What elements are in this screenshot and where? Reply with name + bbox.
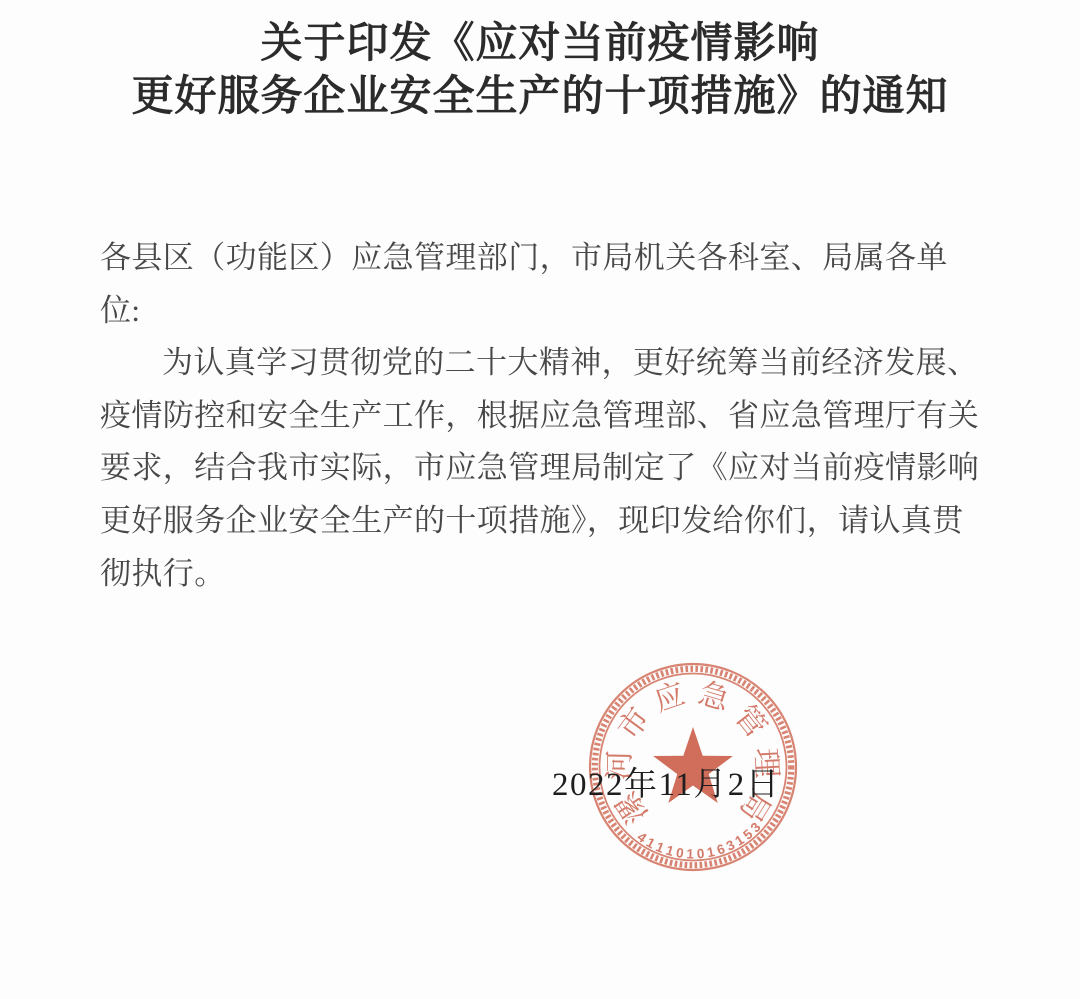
document-page: 关于印发《应对当前疫情影响 更好服务企业安全生产的十项措施》的通知 各县区（功能…	[0, 0, 1080, 999]
title-line-2: 更好服务企业安全生产的十项措施》的通知	[0, 71, 1080, 124]
svg-text:市: 市	[612, 702, 656, 746]
document-title: 关于印发《应对当前疫情影响 更好服务企业安全生产的十项措施》的通知	[0, 18, 1080, 124]
svg-text:1: 1	[686, 846, 694, 861]
svg-text:0: 0	[675, 845, 685, 861]
svg-text:1: 1	[664, 843, 676, 860]
body-line: 各县区（功能区）应急管理部门，市局机关各科室、局属各单	[100, 232, 960, 285]
title-line-1: 关于印发《应对当前疫情影响	[0, 18, 1080, 71]
svg-text:0: 0	[696, 846, 705, 862]
body-line: 为认真学习贯彻党的二十大精神，更好统筹当前经济发展、	[100, 337, 960, 390]
body-line: 位:	[100, 285, 960, 338]
svg-text:管: 管	[728, 700, 772, 744]
body-line: 更好服务企业安全生产的十项措施》，现印发给你们，请认真贯	[100, 495, 960, 548]
body-line: 疫情防控和安全生产工作，根据应急管理部、省应急管理厅有关	[100, 390, 960, 443]
body-line: 要求，结合我市实际，市应急管理局制定了《应对当前疫情影响	[100, 442, 960, 495]
document-body: 各县区（功能区）应急管理部门，市局机关各科室、局属各单 位: 为认真学习贯彻党的…	[100, 232, 960, 600]
body-line: 彻执行。	[100, 548, 960, 601]
svg-text:应: 应	[650, 677, 689, 718]
svg-text:急: 急	[695, 677, 734, 717]
date-text: 2022年11月2日	[552, 758, 780, 805]
